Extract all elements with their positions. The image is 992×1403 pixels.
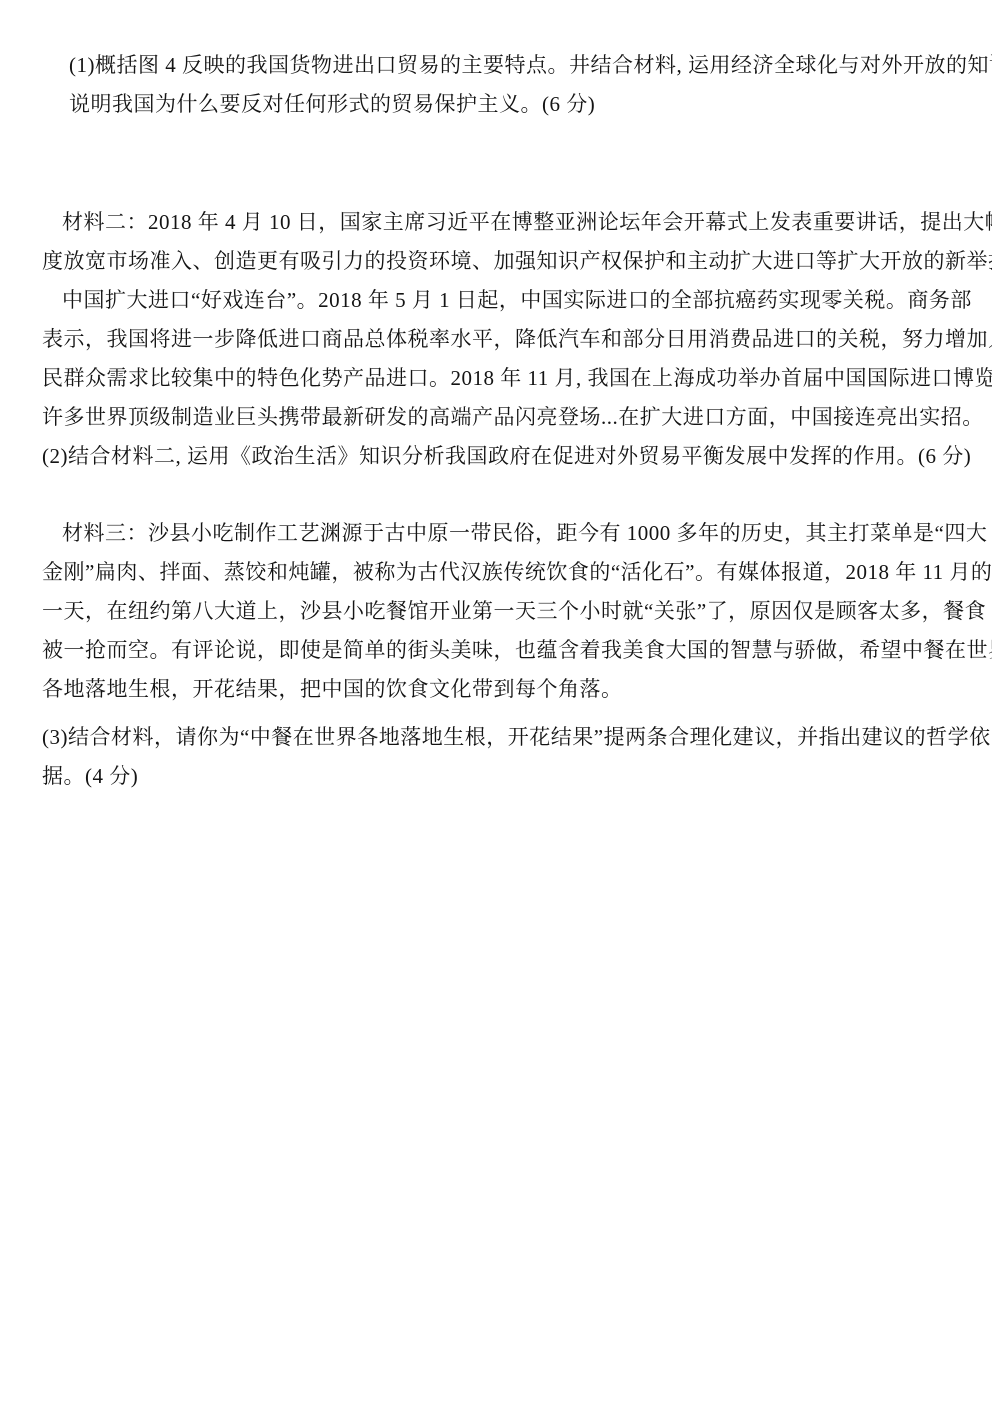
material-2-block: 材料二：2018 年 4 月 10 日，国家主席习近平在博整亚洲论坛年会开幕式上… [42, 203, 980, 476]
question-3-line-1: (3)结合材料，请你为“中餐在世界各地落地生根，开花结果”提两条合理化建议，并指… [42, 718, 980, 757]
material-3-line-3: 一天，在纽约第八大道上，沙县小吃餐馆开业第一天三个小时就“关张”了，原因仅是顾客… [42, 592, 980, 631]
material-3-line-2: 金刚”扁肉、拌面、蒸饺和炖罐，被称为古代汉族传统饮食的“活化石”。有媒体报道，2… [42, 553, 980, 592]
material-3-block: 材料三：沙县小吃制作工艺渊源于古中原一带民俗，距今有 1000 多年的历史，其主… [42, 514, 980, 709]
question-1-block: (1)概括图 4 反映的我国货物进出口贸易的主要特点。井结合材料, 运用经济全球… [42, 46, 980, 124]
question-3-line-2: 据。(4 分) [42, 757, 980, 796]
material-2-line-6: 许多世界顶级制造业巨头携带最新研发的高端产品闪亮登场...在扩大进口方面，中国接… [42, 398, 980, 437]
material-2-line-4: 表示，我国将进一步降低进口商品总体税率水平，降低汽车和部分日用消费品进口的关税，… [42, 320, 980, 359]
material-2-line-5: 民群众需求比较集中的特色化势产品进口。2018 年 11 月, 我国在上海成功举… [42, 359, 980, 398]
question-3-block: (3)结合材料，请你为“中餐在世界各地落地生根，开花结果”提两条合理化建议，并指… [42, 718, 980, 796]
material-3-line-4: 被一抢而空。有评论说，即使是简单的街头美味，也蕴含着我美食大国的智慧与骄做，希望… [42, 631, 980, 670]
question-1-line-2: 说明我国为什么要反对任何形式的贸易保护主义。(6 分) [42, 85, 980, 124]
question-2-line-1: (2)结合材料二, 运用《政治生活》知识分析我国政府在促进对外贸易平衡发展中发挥… [42, 437, 980, 476]
material-2-line-2: 度放宽市场准入、创造更有吸引力的投资环境、加强知识产权保护和主动扩大进口等扩大开… [42, 242, 980, 281]
document-page: (1)概括图 4 反映的我国货物进出口贸易的主要特点。井结合材料, 运用经济全球… [0, 0, 992, 1403]
material-2-line-1: 材料二：2018 年 4 月 10 日，国家主席习近平在博整亚洲论坛年会开幕式上… [42, 203, 980, 242]
material-3-line-1: 材料三：沙县小吃制作工艺渊源于古中原一带民俗，距今有 1000 多年的历史，其主… [42, 514, 980, 553]
material-3-line-5: 各地落地生根，开花结果，把中国的饮食文化带到每个角落。 [42, 670, 980, 709]
material-2-line-3: 中国扩大进口“好戏连台”。2018 年 5 月 1 日起，中国实际进口的全部抗癌… [42, 281, 980, 320]
question-1-line-1: (1)概括图 4 反映的我国货物进出口贸易的主要特点。井结合材料, 运用经济全球… [42, 46, 980, 85]
